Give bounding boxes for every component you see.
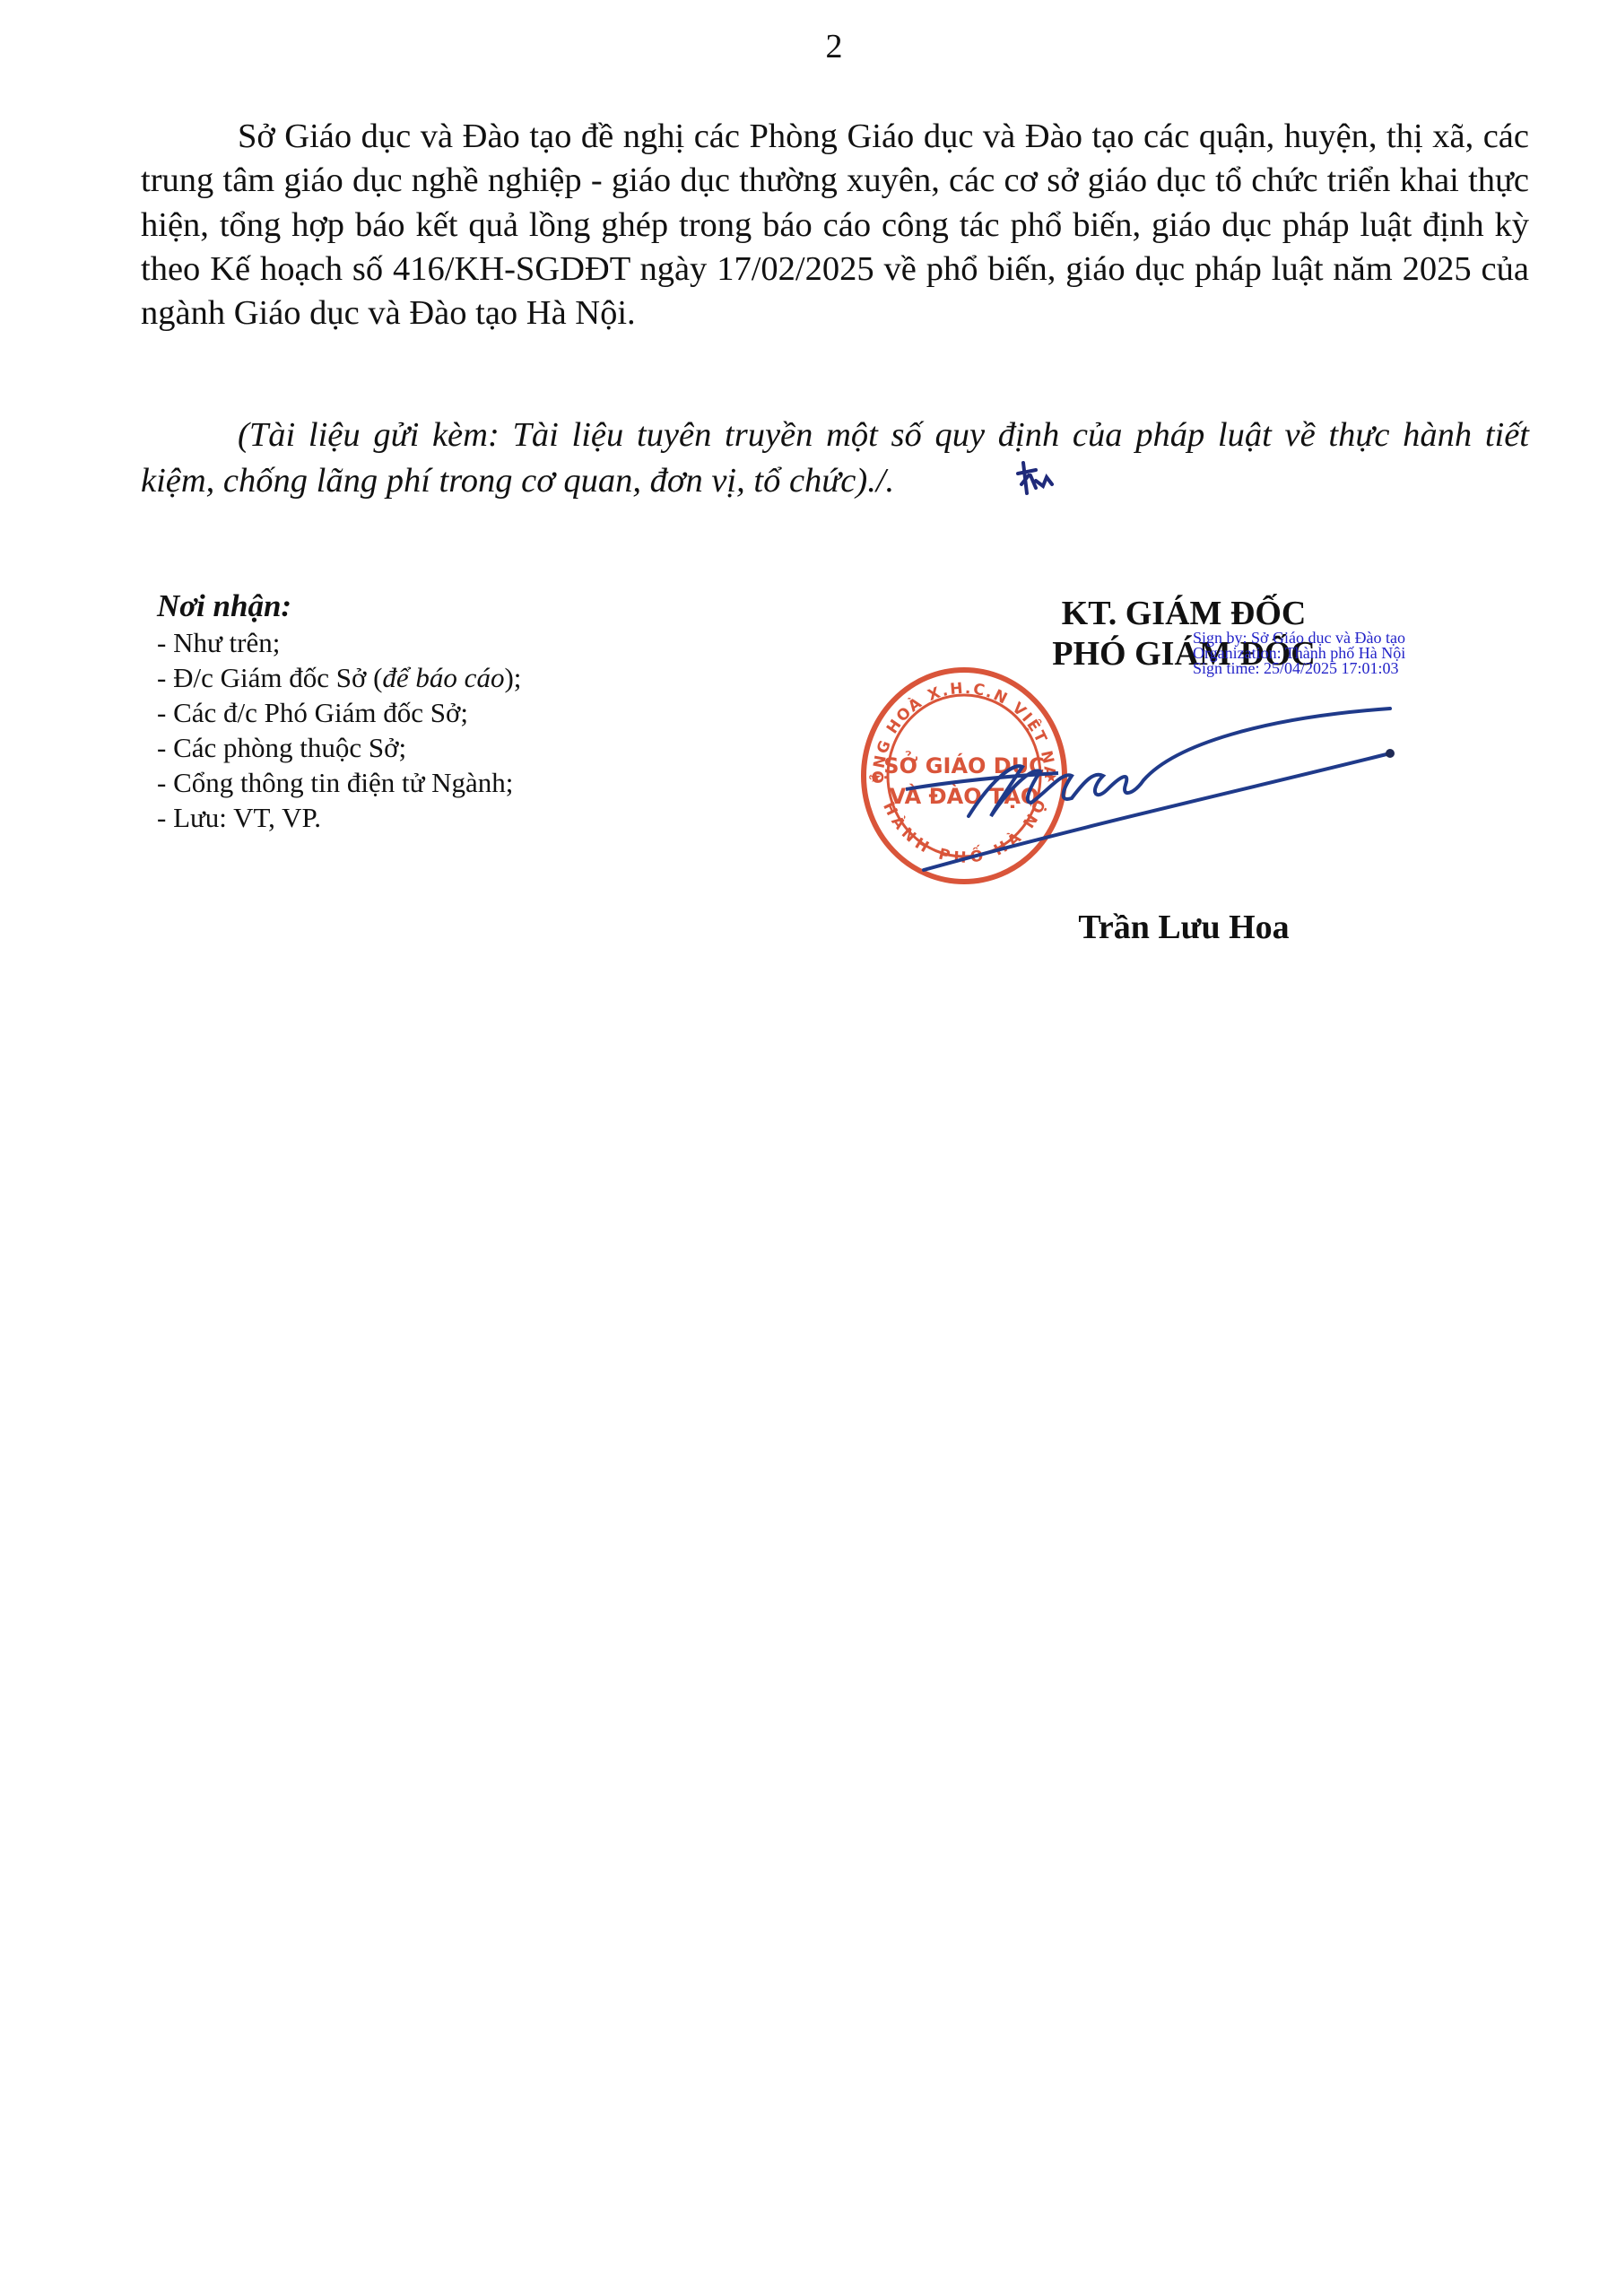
recipient-item-note: để báo cáo: [382, 662, 504, 693]
svg-text:★: ★: [869, 770, 882, 786]
initials-icon: [919, 457, 1056, 509]
recipient-item: - Đ/c Giám đốc Sở (để báo cáo);: [157, 660, 521, 695]
recipient-item: - Như trên;: [157, 625, 521, 660]
recipient-item: - Các phòng thuộc Sở;: [157, 730, 521, 765]
body-paragraph: Sở Giáo dục và Đào tạo đề nghị các Phòng…: [141, 115, 1529, 335]
recipient-item: - Lưu: VT, VP.: [157, 800, 521, 835]
signer-name: Trần Lưu Hoa: [897, 908, 1471, 947]
recipient-item: - Cổng thông tin điện tử Ngành;: [157, 765, 521, 800]
body-paragraph-text: Sở Giáo dục và Đào tạo đề nghị các Phòng…: [141, 115, 1529, 335]
recipient-item-suffix: );: [504, 662, 521, 693]
digital-sign-time: Sign time: 25/04/2025 17:01:03: [1193, 661, 1405, 676]
digital-signature-info: Sign by: Sở Giáo dục và Đào tạo Organiza…: [1193, 631, 1405, 676]
handwritten-signature: [906, 691, 1408, 892]
recipient-item-text: - Đ/c Giám đốc Sở (: [157, 662, 382, 693]
page-number: 2: [0, 27, 1608, 66]
recipients-block: Nơi nhận: - Như trên; - Đ/c Giám đốc Sở …: [157, 587, 521, 835]
recipient-item: - Các đ/c Phó Giám đốc Sở;: [157, 695, 521, 730]
signature-title-line1: KT. GIÁM ĐỐC: [897, 594, 1471, 633]
attachment-note-text: (Tài liệu gửi kèm: Tài liệu tuyên truyền…: [141, 416, 1529, 500]
recipients-heading: Nơi nhận:: [157, 587, 521, 625]
signature-icon: [906, 691, 1408, 888]
attachment-note: (Tài liệu gửi kèm: Tài liệu tuyên truyền…: [141, 413, 1529, 509]
